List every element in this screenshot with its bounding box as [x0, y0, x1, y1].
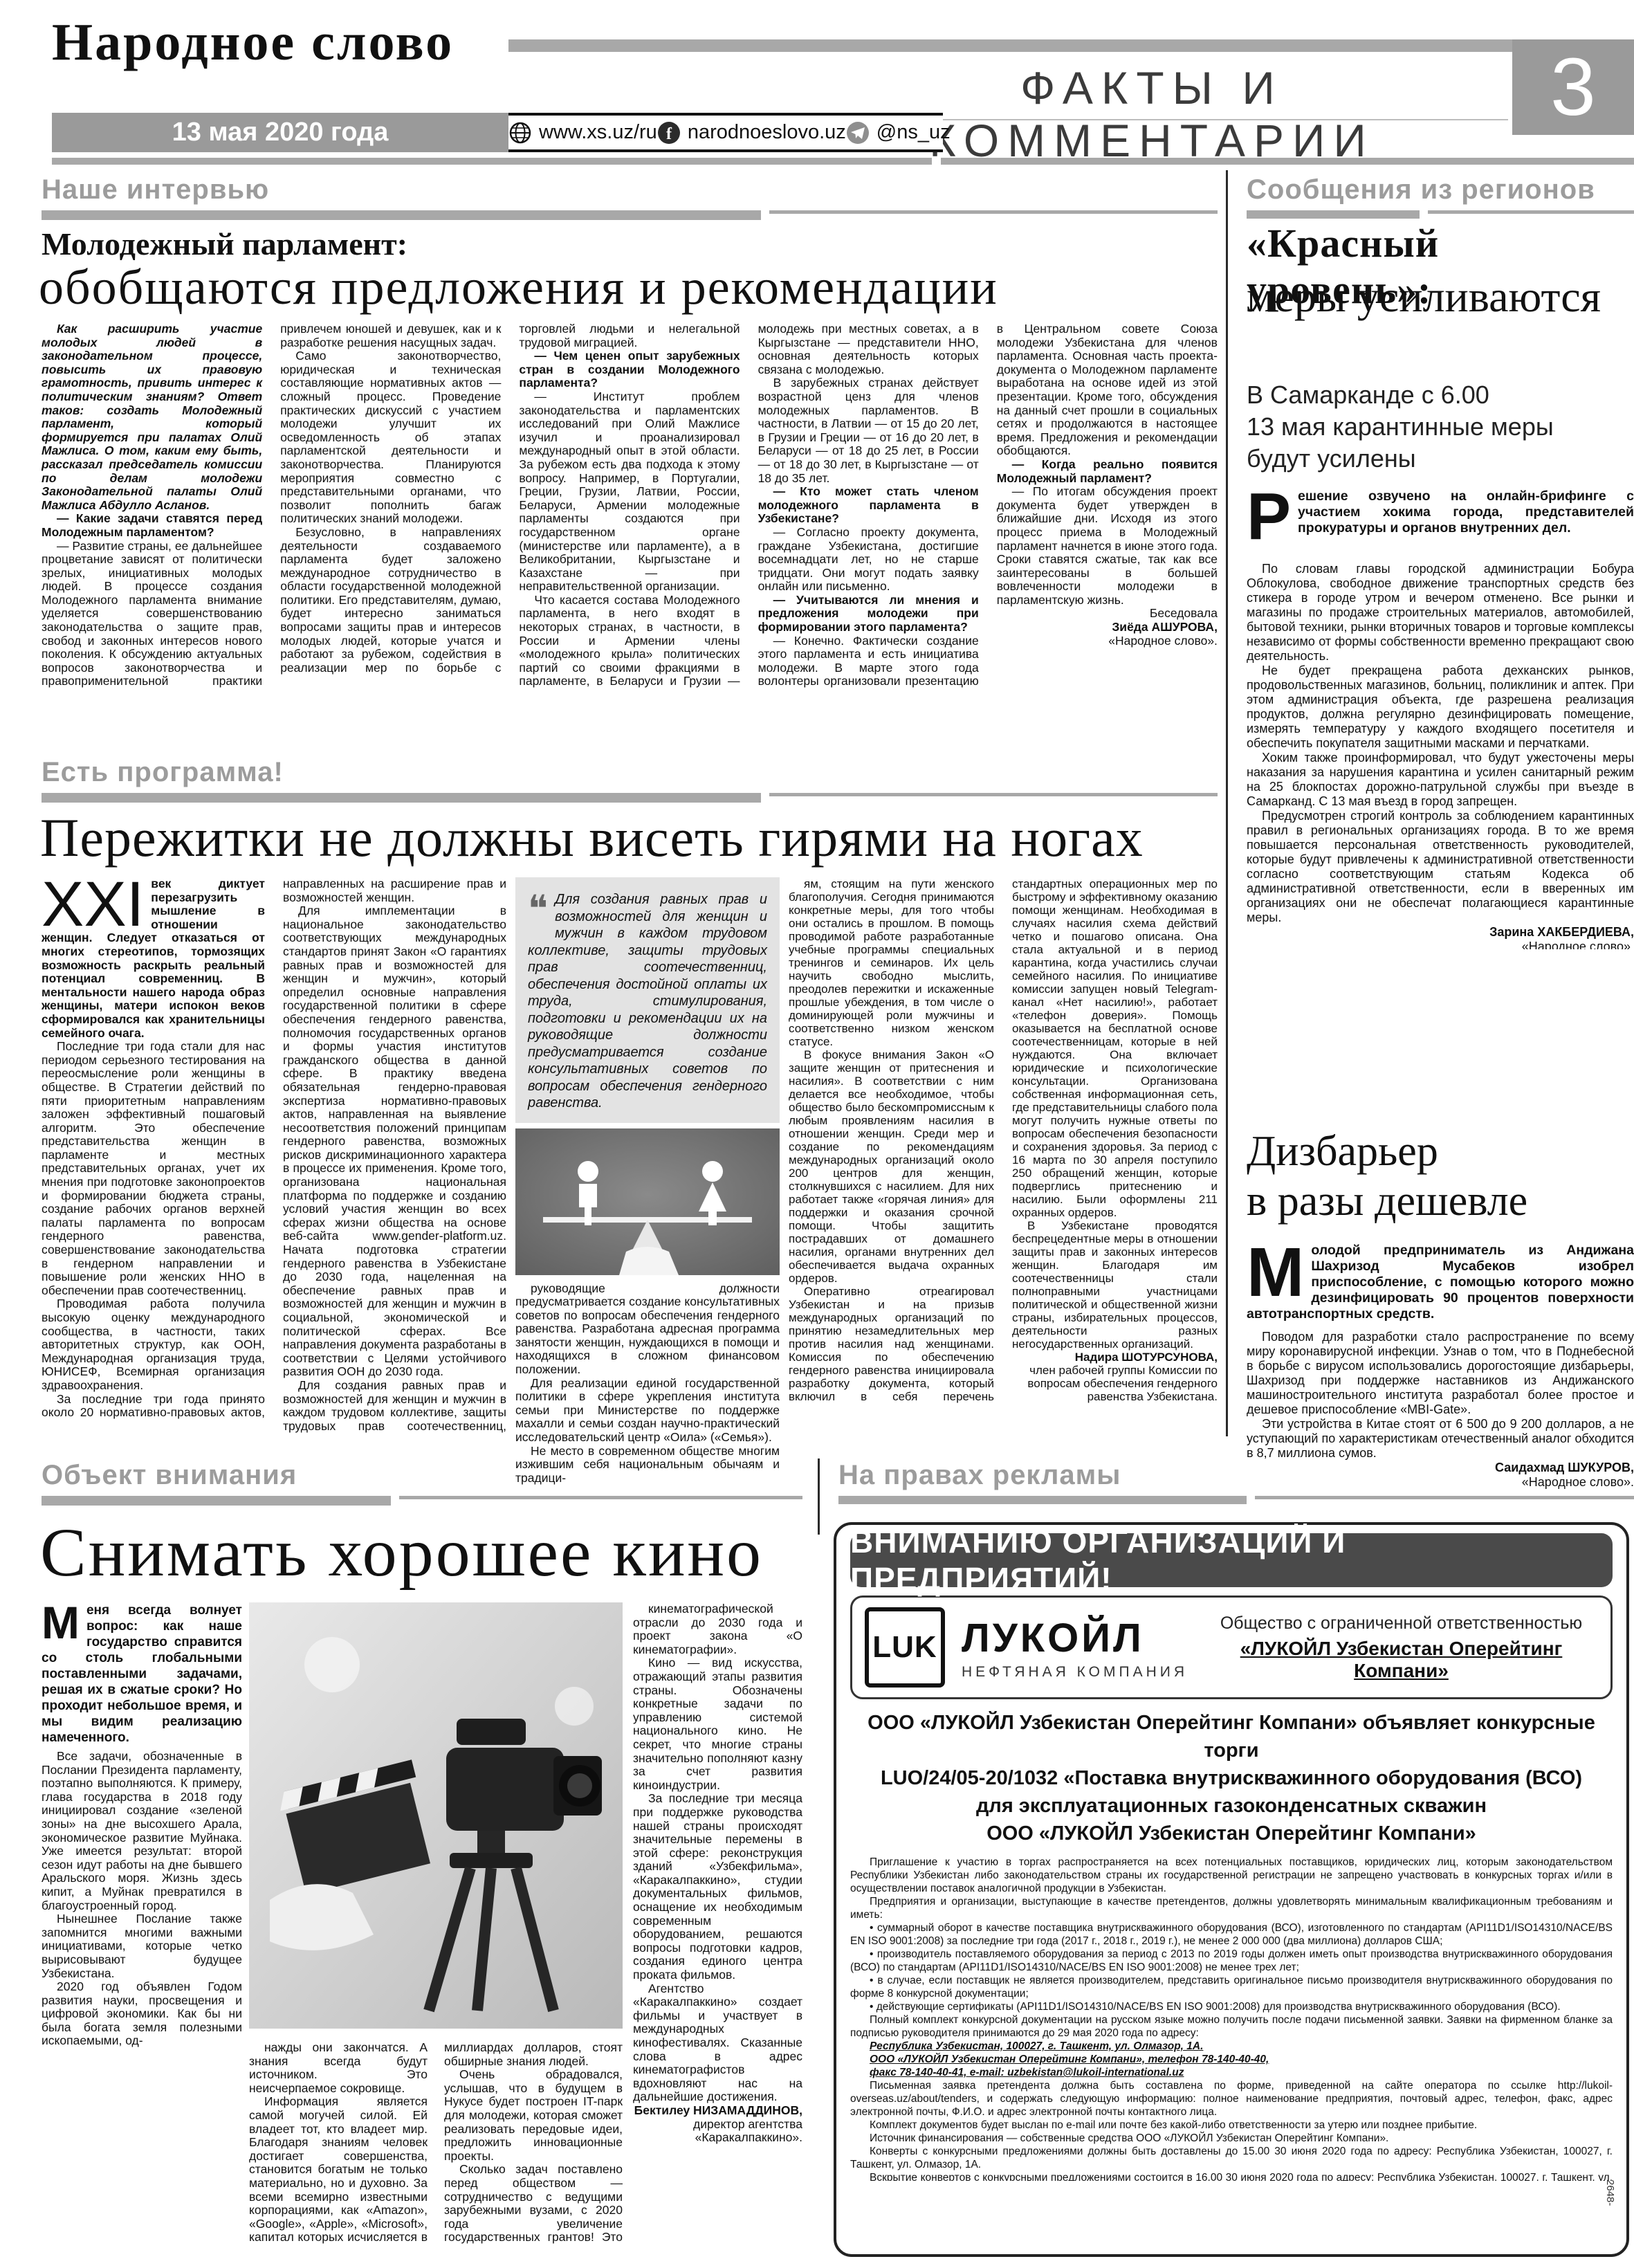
paragraph: Нынешнее Послание также запомнится многи…	[42, 1912, 242, 1980]
section-kicker-cinema: Объект внимания	[42, 1460, 297, 1491]
paragraph: Конверты с конкурсными предложениями дол…	[850, 2145, 1613, 2171]
interview-headline-kicker: Молодежный парламент:	[42, 226, 407, 262]
ad-box: ВНИМАНИЮ ОРГАНИЗАЦИЙ И ПРЕДПРИЯТИЙ! LUK …	[834, 1522, 1629, 2257]
paragraph: • действующие сертификаты (API11D1/ISO14…	[850, 2000, 1613, 2013]
dizbarrier-headline: Дизбарьер в разы дешевле	[1247, 1126, 1527, 1226]
ad-company: Общество с ограниченной ответственностью…	[1204, 1613, 1598, 1682]
cinema-mid-paragraphs: нажды они закончатся. А знания всегда бу…	[249, 2041, 623, 2265]
header-rule-right	[941, 158, 1634, 165]
paragraph: В Узбекистане проводятся беспрецедентные…	[1012, 1219, 1218, 1351]
dropcap: Р	[1247, 491, 1291, 543]
paragraph: ООО «ЛУКОЙЛ Узбекистан Оперейтинг Компан…	[850, 2053, 1613, 2066]
dropcap: XXI	[42, 880, 144, 930]
kicker-rule-thin	[399, 1496, 802, 1499]
ad-logo-row: LUK ЛУКОЙЛ НЕФТЯНАЯ КОМПАНИЯ Общество с …	[850, 1595, 1613, 1699]
website-url[interactable]: www.xs.uz/ru	[539, 121, 657, 144]
section-kicker-program: Есть программа!	[42, 757, 284, 788]
company-type: Общество с ограниченной ответственностью	[1204, 1613, 1598, 1634]
section-kicker-interview: Наше интервью	[42, 174, 269, 205]
paragraph: По словам главы городской администрации …	[1247, 562, 1634, 664]
kicker-rule-thin	[1255, 1496, 1634, 1499]
red-level-headline-2: меры усиливаются	[1247, 271, 1601, 322]
pull-quote-text: Для создания равных прав и возможностей …	[528, 891, 767, 1112]
paragraph: Источник финансирования — собственные ср…	[850, 2132, 1613, 2145]
kicker-rule-thick	[42, 210, 761, 220]
paragraph: Само законотворчество, юридическая и тех…	[280, 349, 501, 526]
masthead-top-bar	[508, 39, 1634, 52]
facebook-icon: f	[657, 121, 681, 145]
paragraph: «Народное слово».	[1247, 940, 1634, 949]
dizbarrier-body: Поводом для разработки стало распростран…	[1247, 1330, 1634, 1492]
paragraph: В зарубежных странах действует возрастно…	[758, 376, 979, 485]
paragraph: Поводом для разработки стало распростран…	[1247, 1330, 1634, 1417]
paragraph: Бектилеу НИЗАМАДДИНОВ,	[633, 2104, 802, 2118]
svg-text:f: f	[666, 125, 672, 143]
paragraph: — Чем ценен опыт зарубежных стран в созд…	[519, 349, 740, 390]
date-bar: 13 мая 2020 года	[52, 113, 508, 152]
lukoil-logo-mark: LUK	[872, 1630, 937, 1665]
paragraph: • в случае, если поставщик не является п…	[850, 1974, 1613, 2000]
telegram-link[interactable]: @ns_uz	[846, 121, 951, 145]
section-kicker-ad: На правах рекламы	[838, 1460, 1121, 1491]
header-rule-left	[52, 158, 932, 165]
paragraph: Кино — вид искусства, отражающий этапы р…	[633, 1656, 802, 1792]
paragraph: Очень обрадовался, услышав, что в будуще…	[444, 2068, 623, 2163]
cinema-col1-paragraphs: Все задачи, обозначенные в Послании През…	[42, 1750, 242, 2220]
paragraph: Эти устройства в Китае стоят от 6 500 до…	[1247, 1417, 1634, 1461]
quote-icon: ❝	[528, 893, 548, 926]
ad-banner: ВНИМАНИЮ ОРГАНИЗАЦИЙ И ПРЕДПРИЯТИЙ!	[850, 1533, 1613, 1587]
paragraph: Для реализации единой государственной по…	[515, 1377, 780, 1445]
red-level-lead: Р ешение озвучено на онлайн-брифинге с у…	[1247, 488, 1634, 543]
ad-registration-number: 2648-	[1604, 2179, 1616, 2206]
paragraph: Хоким также проинформировал, что будут у…	[1247, 751, 1634, 809]
interview-body: Как расширить участие молодых людей в за…	[42, 322, 1218, 725]
program-headline: Пережитки не должны висеть гирями на ног…	[40, 807, 1223, 869]
facebook-handle[interactable]: narodnoeslovo.uz	[688, 121, 846, 144]
kicker-rule-thin	[769, 210, 1218, 214]
kicker-rule-thin	[1428, 210, 1634, 214]
paragraph: Зиёда АШУРОВА,	[997, 621, 1218, 634]
dropcap: М	[1247, 1245, 1304, 1299]
lukoil-logo-text: ЛУКОЙЛ НЕФТЯНАЯ КОМПАНИЯ	[962, 1615, 1188, 1681]
paragraph: Не место в современном обществе многим и…	[515, 1445, 780, 1485]
section-kicker-regions: Сообщения из регионов	[1247, 174, 1595, 205]
paragraph: • суммарный оборот в качестве поставщика…	[850, 1921, 1613, 1948]
kicker-rule-thick	[42, 793, 761, 803]
paragraph: Республика Узбекистан, 100027, г. Ташкен…	[850, 2040, 1613, 2053]
lukoil-sub: НЕФТЯНАЯ КОМПАНИЯ	[962, 1664, 1188, 1681]
company-name: «ЛУКОЙЛ Узбекистан Оперейтинг Компани»	[1204, 1638, 1598, 1682]
paragraph: «Каракалпаккино».	[633, 2131, 802, 2145]
kicker-rule-thick	[1247, 210, 1420, 219]
paragraph: • производитель поставляемого оборудован…	[850, 1948, 1613, 1974]
paragraph: — Институт проблем законодательства и па…	[519, 390, 740, 594]
paragraph: Для имплементации в национальное законод…	[283, 904, 506, 1379]
newspaper-page: Народное слово ФАКТЫ И КОММЕНТАРИИ 3 13 …	[0, 0, 1634, 2268]
newspaper-logo: Народное слово	[52, 12, 454, 73]
paragraph: директор агентства	[633, 2118, 802, 2132]
paragraph: Комплект документов будет выслан по e-ma…	[850, 2119, 1613, 2132]
lead-text: олодой предприниматель из Андижана Шахри…	[1247, 1243, 1634, 1322]
cinema-headline: Снимать хорошее кино	[40, 1512, 805, 1592]
paragraph: — Когда реально появится Молодежный парл…	[997, 458, 1218, 485]
red-level-subhead: В Самарканде с 6.00 13 мая карантинные м…	[1247, 379, 1634, 475]
program-middle-paragraphs: руководящие должности предусматривается …	[515, 1282, 780, 1510]
paragraph: ям, стоящим на пути женского благополучи…	[789, 877, 994, 1048]
pull-quote-box: ❝ Для создания равных прав и возможносте…	[515, 877, 780, 1123]
paragraph: Все задачи, обозначенные в Послании През…	[42, 1750, 242, 1912]
issue-date: 13 мая 2020 года	[172, 118, 389, 147]
paragraph: Приглашение к участию в торгах распростр…	[850, 1856, 1613, 1895]
paragraph: 2020 год объявлен Годом развития науки, …	[42, 1980, 242, 2048]
dropcap: М	[42, 1605, 80, 1640]
paragraph: Последние три года стали для нас периодо…	[42, 1040, 265, 1297]
program-right-block: ям, стоящим на пути женского благополучи…	[789, 877, 1218, 1443]
page-number: 3	[1550, 46, 1596, 128]
program-middle-block: ❝ Для создания равных прав и возможносте…	[515, 877, 780, 1510]
interview-headline: обобщаются предложения и рекомендации	[39, 259, 1222, 316]
paragraph: — Учитываются ли мнения и предложения мо…	[758, 594, 979, 634]
paragraph: — Кто может стать членом молодежного пар…	[758, 485, 979, 526]
paragraph: «Народное слово».	[997, 634, 1218, 648]
paragraph: Надира ШОТУРСУНОВА,	[1012, 1351, 1218, 1364]
paragraph: Полный комплект конкурсной документации …	[850, 2013, 1613, 2040]
paragraph: В фокусе внимания Закон «О защите женщин…	[789, 1048, 994, 1285]
kicker-rule-thick	[838, 1496, 1247, 1504]
paragraph: Агентство «Каракалпаккино» создает фильм…	[633, 1982, 802, 2104]
page-number-box: 3	[1512, 39, 1634, 135]
ad-body: Приглашение к участию в торгах распростр…	[850, 1856, 1613, 2181]
telegram-handle[interactable]: @ns_uz	[876, 121, 951, 144]
paragraph: нажды они закончатся. А знания всегда бу…	[249, 2041, 428, 2095]
camera-photo	[249, 1602, 623, 2029]
paragraph: Не будет прекращена работа дехканских ры…	[1247, 664, 1634, 751]
cinema-lead-paragraph: Меня всегда волнует вопрос: как наше гос…	[42, 1602, 242, 1746]
paragraph: факс 78-140-40-41, e-mail: uzbekistan@lu…	[850, 2066, 1613, 2079]
lukoil-logo-icon: LUK	[865, 1607, 945, 1688]
lukoil-name: ЛУКОЙЛ	[962, 1615, 1188, 1661]
website-link[interactable]: www.xs.uz/ru	[508, 121, 657, 145]
red-level-body: По словам главы городской администрации …	[1247, 562, 1634, 949]
paragraph: «Народное слово».	[1247, 1475, 1634, 1490]
program-left-block: XXIвек диктует перезагрузить мышление в …	[42, 877, 506, 1443]
ad-section-divider	[818, 1458, 820, 1535]
paragraph: Предприятия и организации, выступающие в…	[850, 1895, 1613, 1921]
paragraph: Вскрытие конвертов с конкурсными предлож…	[850, 2171, 1613, 2181]
cinema-col4: кинематографической отрасли до 2030 года…	[633, 1602, 802, 2265]
paragraph: Предусмотрен строгий контроль за соблюде…	[1247, 809, 1634, 925]
paragraph: кинематографической отрасли до 2030 года…	[633, 1602, 802, 1656]
paragraph: Саидахмад ШУКУРОВ,	[1247, 1461, 1634, 1475]
links-bar: www.xs.uz/ru f narodnoeslovo.uz @ns_uz	[508, 113, 943, 152]
right-rail-divider	[1226, 170, 1228, 1436]
paragraph: — Какие задачи ставятся перед Молодежным…	[42, 512, 262, 539]
dizbarrier-lead: М олодой предприниматель из Андижана Шах…	[1247, 1243, 1634, 1322]
paragraph: — По итогам обсуждения проект документа …	[997, 485, 1218, 607]
program-lead-paragraph: XXIвек диктует перезагрузить мышление в …	[42, 877, 265, 1040]
telegram-icon	[846, 121, 870, 145]
paragraph: За последние три месяца при поддержке ру…	[633, 1792, 802, 1982]
paragraph: Проводимая работа получила высокую оценк…	[42, 1297, 265, 1392]
gender-balance-photo	[515, 1128, 780, 1275]
ad-title: ООО «ЛУКОЙЛ Узбекистан Оперейтинг Компан…	[850, 1709, 1613, 1847]
globe-icon	[508, 121, 532, 145]
lead-text: ешение озвучено на онлайн-брифинге с уча…	[1247, 488, 1634, 536]
paragraph: Беседовала	[997, 607, 1218, 621]
cinema-col1: Меня всегда волнует вопрос: как наше гос…	[42, 1602, 242, 2265]
facts-title-box: ФАКТЫ И КОММЕНТАРИИ	[796, 52, 1508, 118]
facebook-link[interactable]: f narodnoeslovo.uz	[657, 121, 846, 145]
paragraph: руководящие должности предусматривается …	[515, 1282, 780, 1377]
paragraph: Зарина ХАКБЕРДИЕВА,	[1247, 925, 1634, 940]
paragraph: Письменная заявка претендента должна быт…	[850, 2079, 1613, 2119]
ad-banner-text: ВНИМАНИЮ ОРГАНИЗАЦИЙ И ПРЕДПРИЯТИЙ!	[850, 1523, 1613, 1598]
paragraph: — Согласно проекту документа, граждане У…	[758, 526, 979, 594]
paragraph: Как расширить участие молодых людей в за…	[42, 322, 262, 512]
kicker-rule-thin	[769, 793, 1218, 796]
paragraph: член рабочей группы Комиссии по вопросам…	[1012, 1364, 1218, 1403]
kicker-rule-thick	[42, 1496, 391, 1506]
